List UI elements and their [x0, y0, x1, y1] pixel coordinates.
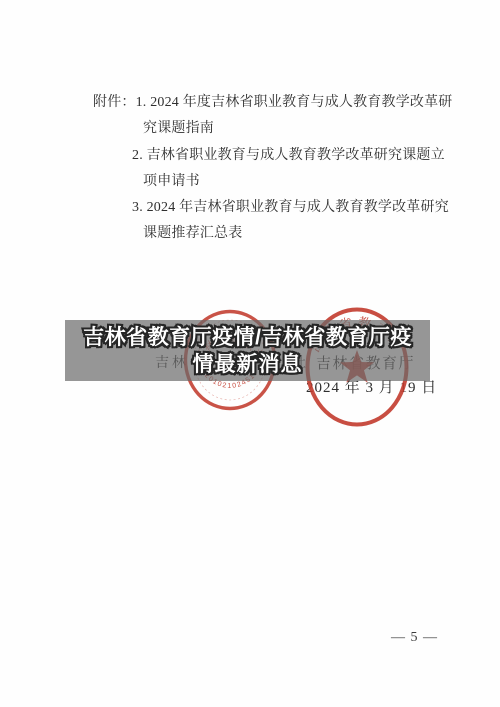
overlay-banner: 吉林省教育厅疫情/吉林省教育厅疫 情最新消息	[65, 320, 430, 381]
attachment-item-1-text: 1. 2024 年度吉林省职业教育与成人教育教学改革研	[136, 95, 453, 110]
overlay-title-line-1: 吉林省教育厅疫情/吉林省教育厅疫	[83, 324, 412, 351]
attachment-block: 附件：1. 2024 年度吉林省职业教育与成人教育教学改革研 究课题指南 2. …	[93, 90, 463, 248]
attachment-line: 究课题指南	[143, 116, 463, 142]
attachment-line: 课题推荐汇总表	[143, 221, 463, 247]
overlay-title-line-2: 情最新消息	[193, 351, 303, 378]
attachment-line: 3. 2024 年吉林省职业教育与成人教育教学改革研究	[132, 195, 463, 221]
attachment-label: 附件：	[93, 95, 136, 110]
attachment-line: 附件：1. 2024 年度吉林省职业教育与成人教育教学改革研	[93, 90, 463, 116]
page-number: — 5 —	[391, 630, 438, 646]
attachment-line: 2. 吉林省职业教育与成人教育教学改革研究课题立	[132, 143, 463, 169]
attachment-line: 项申请书	[143, 169, 463, 195]
